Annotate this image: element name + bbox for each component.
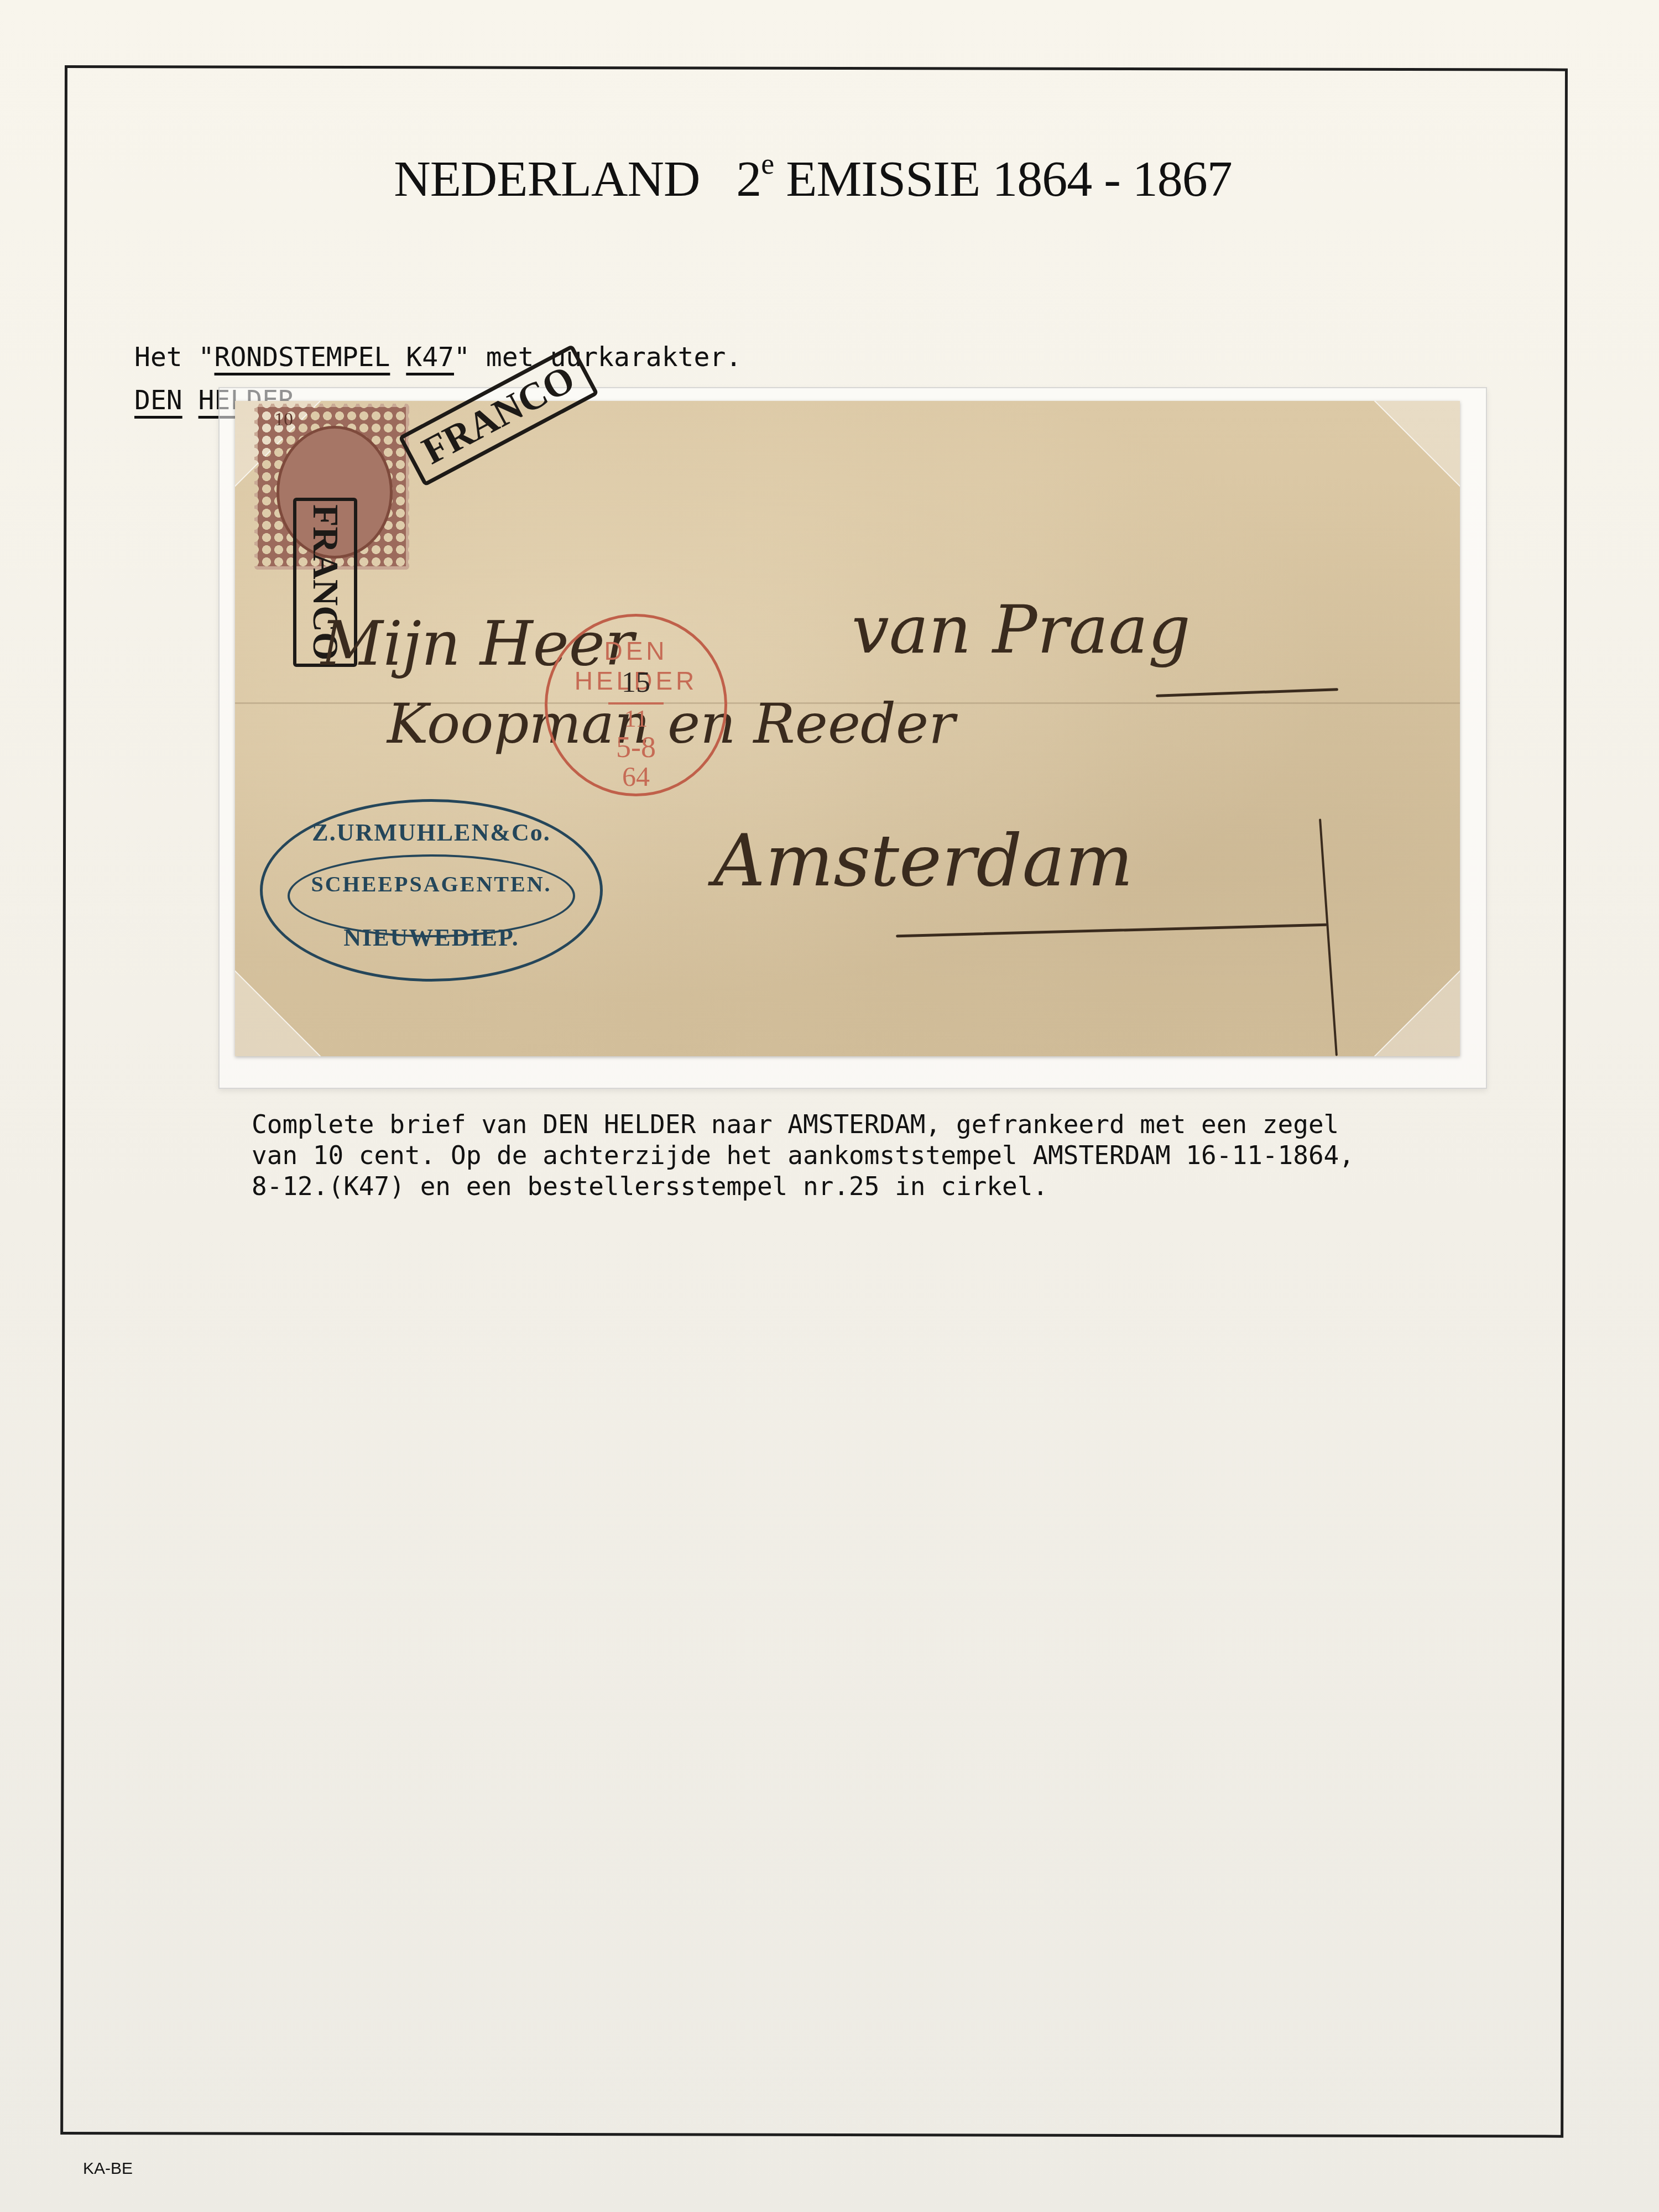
stamp-value: 10 — [274, 409, 293, 430]
mount-corner-tr — [1342, 401, 1460, 519]
intro-prefix: Het " — [134, 342, 215, 373]
address-line-4: Amsterdam — [713, 818, 1133, 902]
cachet-profession: SCHEEPSAGENTEN. — [260, 871, 603, 897]
address-line-2: van Praag — [852, 592, 1191, 669]
stamp-type-label: RONDSTEMPEL — [215, 342, 390, 373]
town-word-1: DEN — [134, 385, 182, 416]
postmark-hour: 5-8 — [600, 730, 672, 764]
caption-line-1: Complete brief van DEN HELDER naar AMSTE… — [252, 1109, 1354, 1140]
postmark-year: 64 — [608, 760, 664, 792]
cachet-place: NIEUWEDIEP. — [260, 924, 603, 952]
postmark-month: 11 — [608, 702, 664, 733]
title-rest: EMISSIE 1864 - 1867 — [774, 150, 1232, 207]
caption-line-3: 8-12.(K47) en een bestellersstempel nr.2… — [252, 1171, 1354, 1202]
page-frame — [60, 65, 1568, 2138]
page-title: NEDERLAND 2e EMISSIE 1864 - 1867 — [0, 149, 1626, 208]
caption: Complete brief van DEN HELDER naar AMSTE… — [252, 1109, 1354, 1202]
cachet-company: Z.URMUHLEN&Co. — [260, 818, 603, 847]
intro-suffix: " met uurkarakter. — [454, 342, 742, 373]
intro-line: Het "RONDSTEMPEL K47" met uurkarakter. — [134, 342, 742, 373]
title-superscript: e — [761, 147, 774, 180]
postmark-day: 15 — [608, 666, 664, 699]
mount-corner-br — [1342, 938, 1460, 1056]
footer-code: KA-BE — [83, 2159, 133, 2178]
caption-line-2: van 10 cent. Op de achterzijde het aanko… — [252, 1140, 1354, 1171]
title-main: NEDERLAND 2 — [394, 150, 761, 207]
stamp-code-label: K47 — [406, 342, 454, 373]
